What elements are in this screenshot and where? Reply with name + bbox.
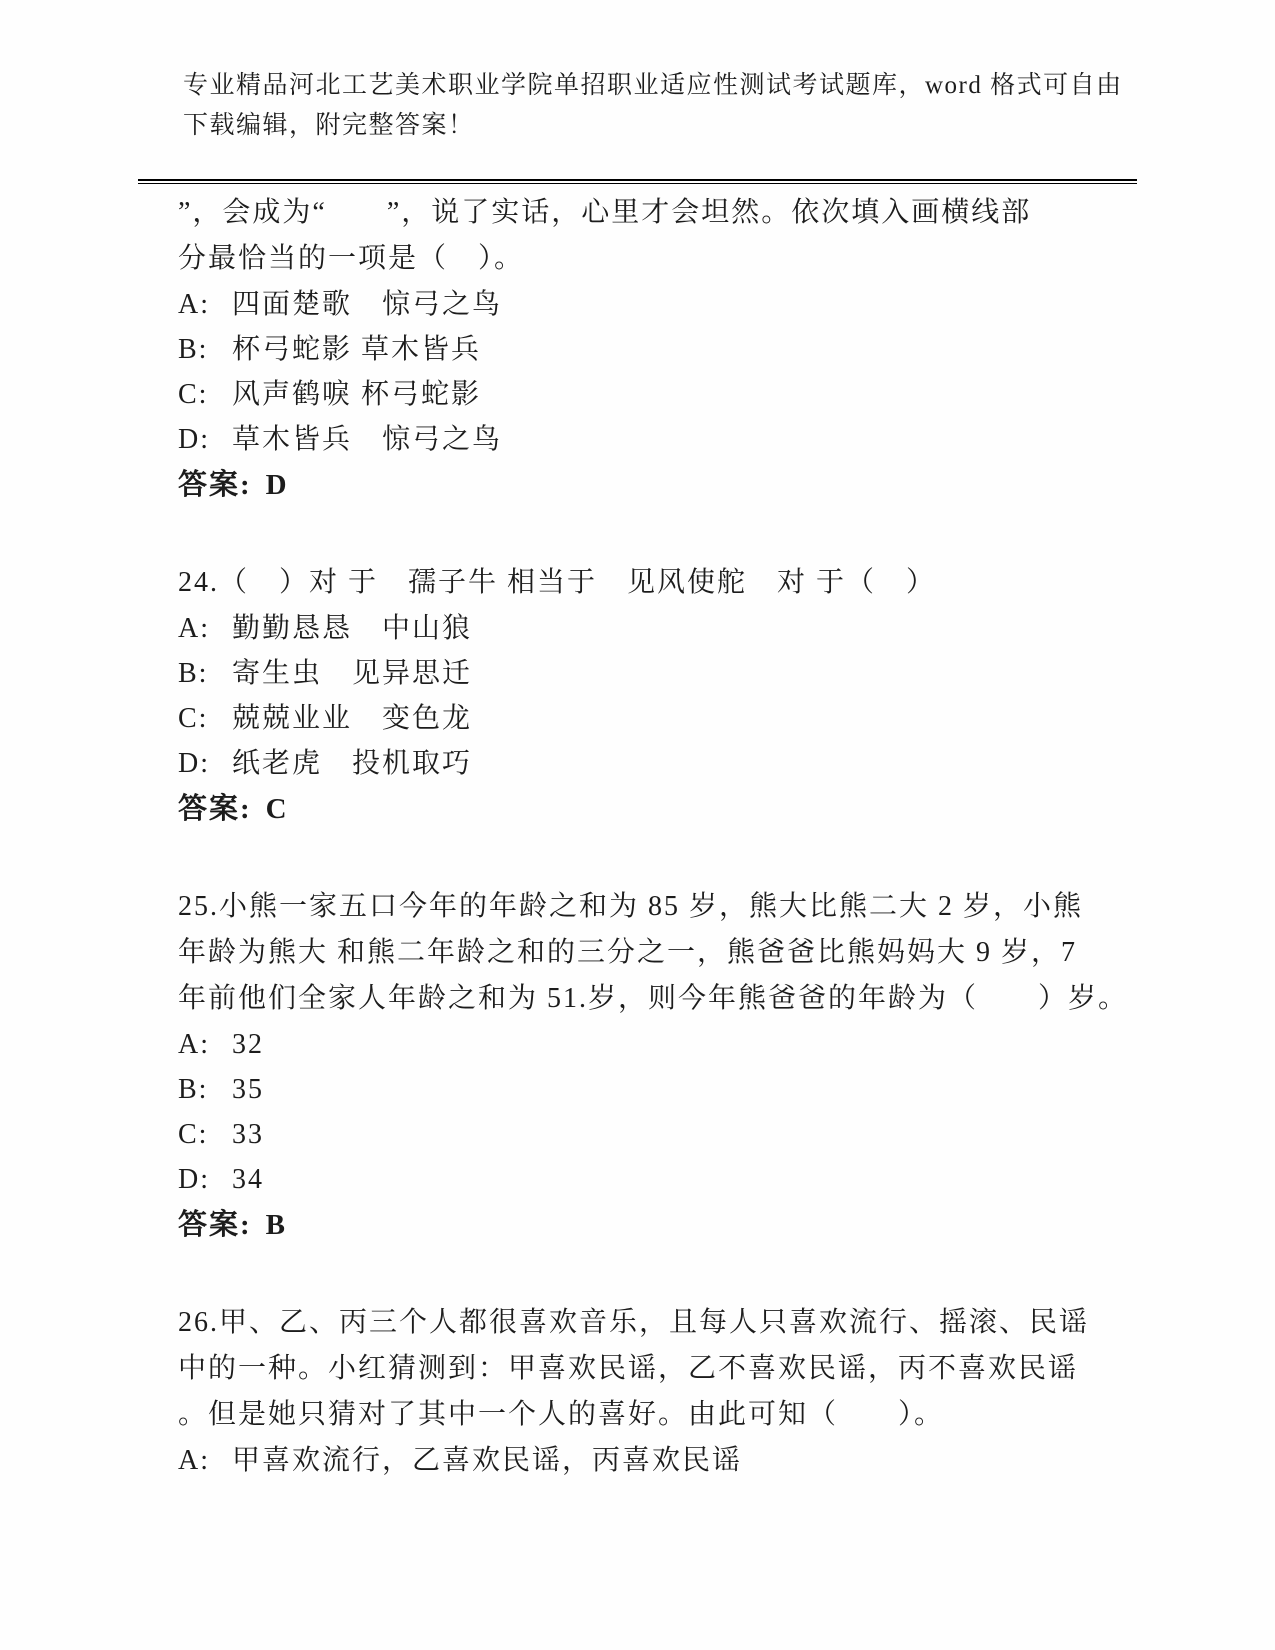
question-stem-line: ”，会成为“ ”，说了实话，心里才会坦然。依次填入画横线部 bbox=[178, 190, 1018, 236]
question-block-23: ”，会成为“ ”，说了实话，心里才会坦然。依次填入画横线部 分最恰当的一项是（ … bbox=[178, 190, 1018, 508]
option-text: 风声鹤唳 杯弓蛇影 bbox=[232, 372, 481, 417]
question-block-24: 24.（ ）对 于 孺子牛 相当于 见风使舵 对 于（ ） A: 勤勤恳恳 中山… bbox=[178, 560, 1018, 832]
answer-row: 答案: B bbox=[178, 1202, 1018, 1248]
option-text: 四面楚歌 惊弓之鸟 bbox=[232, 282, 502, 327]
page-header: 专业精品河北工艺美术职业学院单招职业适应性测试考试题库，word 格式可自由 下… bbox=[183, 66, 1143, 146]
option-label: D: bbox=[178, 1157, 232, 1202]
option-text: 35 bbox=[232, 1067, 264, 1112]
option-label: C: bbox=[178, 1112, 232, 1157]
option-row-c: C: 风声鹤唳 杯弓蛇影 bbox=[178, 372, 1018, 417]
header-text-line-2: 下载编辑，附完整答案！ bbox=[183, 106, 1143, 146]
option-label: C: bbox=[178, 372, 232, 417]
option-row-b: B: 35 bbox=[178, 1067, 1018, 1112]
question-stem-line: 分最恰当的一项是（ ）。 bbox=[178, 236, 1018, 282]
option-row-a: A: 32 bbox=[178, 1022, 1018, 1067]
question-stem-line: 。但是她只猜对了其中一个人的喜好。由此可知（ ）。 bbox=[178, 1392, 1018, 1438]
option-row-c: C: 兢兢业业 变色龙 bbox=[178, 696, 1018, 741]
question-stem-line: 年龄为熊大 和熊二年龄之和的三分之一，熊爸爸比熊妈妈大 9 岁，7 bbox=[178, 930, 1018, 976]
question-block-25: 25.小熊一家五口今年的年龄之和为 85 岁，熊大比熊二大 2 岁，小熊 年龄为… bbox=[178, 884, 1018, 1248]
option-row-d: D: 草木皆兵 惊弓之鸟 bbox=[178, 417, 1018, 462]
option-label: A: bbox=[178, 282, 232, 327]
header-text-line-1: 专业精品河北工艺美术职业学院单招职业适应性测试考试题库，word 格式可自由 bbox=[183, 66, 1143, 106]
option-text: 杯弓蛇影 草木皆兵 bbox=[232, 327, 481, 372]
option-label: B: bbox=[178, 327, 232, 372]
option-label: A: bbox=[178, 606, 232, 651]
option-label: C: bbox=[178, 696, 232, 741]
option-row-a: A: 勤勤恳恳 中山狼 bbox=[178, 606, 1018, 651]
option-label: D: bbox=[178, 741, 232, 786]
option-text: 勤勤恳恳 中山狼 bbox=[232, 606, 472, 651]
option-row-b: B: 寄生虫 见异思迁 bbox=[178, 651, 1018, 696]
option-label: D: bbox=[178, 417, 232, 462]
document-content: ”，会成为“ ”，说了实话，心里才会坦然。依次填入画横线部 分最恰当的一项是（ … bbox=[178, 190, 1018, 1483]
answer-row: 答案: D bbox=[178, 462, 1018, 508]
option-label: B: bbox=[178, 651, 232, 696]
question-stem: 24.（ ）对 于 孺子牛 相当于 见风使舵 对 于（ ） bbox=[178, 560, 1018, 606]
option-row-c: C: 33 bbox=[178, 1112, 1018, 1157]
header-divider-rule bbox=[138, 179, 1137, 184]
question-stem: ”，会成为“ ”，说了实话，心里才会坦然。依次填入画横线部 分最恰当的一项是（ … bbox=[178, 190, 1018, 282]
option-text: 34 bbox=[232, 1157, 264, 1202]
question-stem-line: 26.甲、乙、丙三个人都很喜欢音乐，且每人只喜欢流行、摇滚、民谣 bbox=[178, 1300, 1018, 1346]
question-stem-line: 24.（ ）对 于 孺子牛 相当于 见风使舵 对 于（ ） bbox=[178, 560, 1018, 606]
question-stem-line: 25.小熊一家五口今年的年龄之和为 85 岁，熊大比熊二大 2 岁，小熊 bbox=[178, 884, 1018, 930]
document-page: 专业精品河北工艺美术职业学院单招职业适应性测试考试题库，word 格式可自由 下… bbox=[0, 0, 1275, 1650]
option-text: 兢兢业业 变色龙 bbox=[232, 696, 472, 741]
option-row-a: A: 四面楚歌 惊弓之鸟 bbox=[178, 282, 1018, 327]
answer-label: 答案: bbox=[178, 1202, 252, 1248]
option-text: 32 bbox=[232, 1022, 264, 1067]
option-row-a: A: 甲喜欢流行，乙喜欢民谣，丙喜欢民谣 bbox=[178, 1438, 1018, 1483]
option-label: A: bbox=[178, 1438, 232, 1483]
question-block-26: 26.甲、乙、丙三个人都很喜欢音乐，且每人只喜欢流行、摇滚、民谣 中的一种。小红… bbox=[178, 1300, 1018, 1483]
question-stem: 25.小熊一家五口今年的年龄之和为 85 岁，熊大比熊二大 2 岁，小熊 年龄为… bbox=[178, 884, 1018, 1022]
answer-label: 答案: bbox=[178, 462, 252, 508]
option-label: A: bbox=[178, 1022, 232, 1067]
question-stem: 26.甲、乙、丙三个人都很喜欢音乐，且每人只喜欢流行、摇滚、民谣 中的一种。小红… bbox=[178, 1300, 1018, 1438]
option-text: 甲喜欢流行，乙喜欢民谣，丙喜欢民谣 bbox=[232, 1438, 742, 1483]
option-text: 33 bbox=[232, 1112, 264, 1157]
option-label: B: bbox=[178, 1067, 232, 1112]
option-text: 寄生虫 见异思迁 bbox=[232, 651, 472, 696]
question-stem-line: 中的一种。小红猜测到：甲喜欢民谣，乙不喜欢民谣，丙不喜欢民谣 bbox=[178, 1346, 1018, 1392]
option-text: 纸老虎 投机取巧 bbox=[232, 741, 472, 786]
answer-label: 答案: bbox=[178, 786, 252, 832]
option-text: 草木皆兵 惊弓之鸟 bbox=[232, 417, 502, 462]
answer-value: C bbox=[266, 786, 289, 832]
answer-value: D bbox=[266, 462, 289, 508]
option-row-d: D: 34 bbox=[178, 1157, 1018, 1202]
option-row-b: B: 杯弓蛇影 草木皆兵 bbox=[178, 327, 1018, 372]
question-stem-line: 年前他们全家人年龄之和为 51.岁，则今年熊爸爸的年龄为（ ）岁。 bbox=[178, 976, 1018, 1022]
answer-row: 答案: C bbox=[178, 786, 1018, 832]
answer-value: B bbox=[266, 1202, 287, 1248]
option-row-d: D: 纸老虎 投机取巧 bbox=[178, 741, 1018, 786]
